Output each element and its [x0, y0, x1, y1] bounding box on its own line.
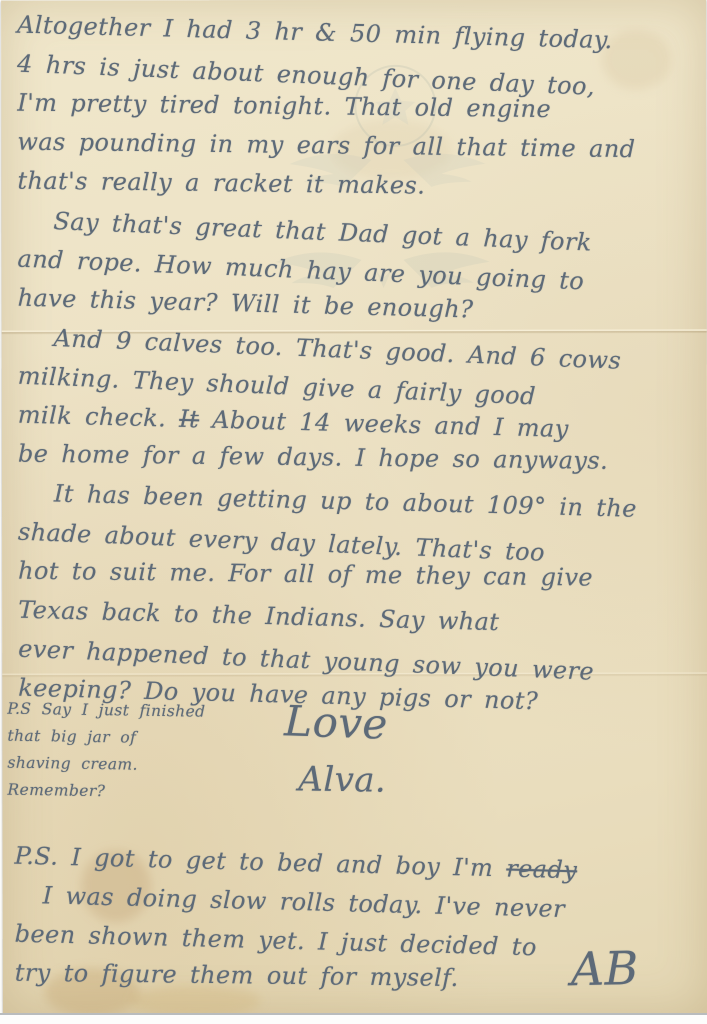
signature: Alva.	[298, 759, 386, 800]
closing-word: Love	[284, 696, 389, 748]
initials: AB	[570, 941, 639, 996]
margin-note-line: shaving cream.	[7, 750, 217, 780]
postscript-text: P.S. I got to get to bed and boy I'm	[14, 842, 506, 883]
struck-word: It	[179, 405, 200, 434]
struck-word: ready	[506, 854, 578, 884]
letter-line: that's really a racket it makes.	[17, 162, 702, 209]
margin-postscript-note: P.S Say I just finished that big jar of …	[7, 695, 217, 803]
margin-note-line: that big jar of	[7, 723, 217, 753]
scanned-letter-page: { "document": { "kind": "handwritten pen…	[0, 0, 707, 1024]
margin-note-line: Remember?	[7, 777, 217, 807]
scan-edge-strip	[0, 1013, 707, 1024]
letter-body: Altogether I had 3 hr & 50 min flying to…	[17, 4, 703, 707]
letter-line: hot to suit me. For all of me they can g…	[18, 552, 703, 599]
letter-line-text: milk check.	[17, 401, 179, 433]
paper-sheet: Altogether I had 3 hr & 50 min flying to…	[1, 0, 707, 1016]
letter-line: be home for a few days. I hope so anyway…	[18, 435, 703, 482]
margin-note-line: P.S Say I just finished	[7, 696, 217, 726]
